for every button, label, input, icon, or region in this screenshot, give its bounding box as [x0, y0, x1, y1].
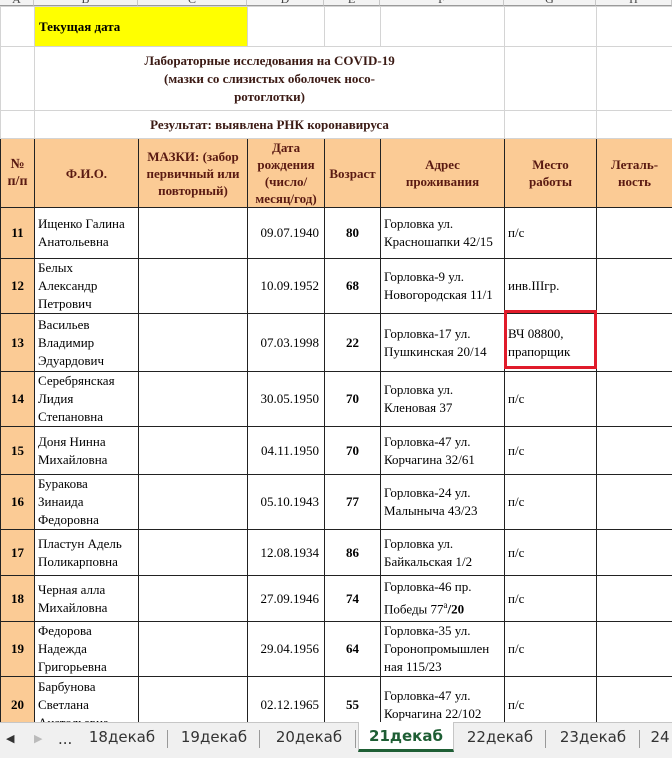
cell-line: Владимир: [38, 334, 136, 352]
table-row: 16БураковаЗинаидаФедоровна05.10.194377Го…: [1, 475, 672, 530]
birth-date[interactable]: 10.09.1952: [248, 259, 325, 314]
lethality-cell[interactable]: [597, 314, 672, 372]
cell-line: Байкальская 1/2: [384, 553, 502, 571]
workplace[interactable]: ВЧ 08800,прапорщик: [505, 314, 597, 372]
table-row: 13ВасильевВладимирЭдуардович07.03.199822…: [1, 314, 672, 372]
swab-cell[interactable]: [139, 259, 248, 314]
age[interactable]: 22: [325, 314, 381, 372]
birth-date[interactable]: 07.03.1998: [248, 314, 325, 372]
cell-line: Серебрянская: [38, 372, 136, 390]
header-text: Дата: [250, 139, 322, 156]
header-text: первичный или: [141, 165, 245, 182]
cell-line: Горловка-47 ул.: [384, 433, 502, 451]
cell-line: Победы 77а/20: [384, 596, 502, 618]
birth-date[interactable]: 04.11.1950: [248, 427, 325, 475]
cell-line: Надежда: [38, 640, 136, 658]
cell[interactable]: [597, 7, 672, 47]
table-row: 12БелыхАлександрПетрович10.09.195268Горл…: [1, 259, 672, 314]
table-row: 11Ищенко ГалинаАнатольевна09.07.194080Го…: [1, 208, 672, 259]
header-text: Место: [507, 156, 594, 173]
header-text: проживания: [383, 173, 502, 190]
cell-line: п/с: [508, 493, 594, 511]
birth-date[interactable]: 09.07.1940: [248, 208, 325, 259]
age[interactable]: 70: [325, 372, 381, 427]
row-number[interactable]: 11: [1, 208, 35, 259]
age[interactable]: 74: [325, 576, 381, 622]
cell-line: Горловка-17 ул.: [384, 325, 502, 343]
header-text: месяц/год): [250, 190, 322, 207]
cell-line: Горловка ул.: [384, 535, 502, 553]
row-number[interactable]: 20: [1, 677, 35, 723]
age[interactable]: 86: [325, 530, 381, 576]
header-swab[interactable]: МАЗКИ: (заборпервичный илиповторный): [139, 139, 248, 208]
birth-date[interactable]: 29.04.1956: [248, 622, 325, 677]
table-row: 19ФедороваНадеждаГригорьевна29.04.195664…: [1, 622, 672, 677]
cell-line: Горловка-47 ул.: [384, 687, 502, 705]
row-number[interactable]: 14: [1, 372, 35, 427]
lethality-cell[interactable]: [597, 372, 672, 427]
tab-separator: [355, 730, 356, 748]
cell-line: Пушкинская 20/14: [384, 343, 502, 361]
row-number[interactable]: 15: [1, 427, 35, 475]
patient-name[interactable]: Доня НиннаМихайловна: [35, 427, 139, 475]
workplace[interactable]: п/с: [505, 208, 597, 259]
swab-cell[interactable]: [139, 475, 248, 530]
patient-name[interactable]: СеребрянскаяЛидияСтепановна: [35, 372, 139, 427]
address[interactable]: Горловка-24 ул.Малыныча 43/23: [381, 475, 505, 530]
table-row: 15Доня НиннаМихайловна04.11.195070Горлов…: [1, 427, 672, 475]
age[interactable]: 68: [325, 259, 381, 314]
cell-line: Анатольевна: [38, 714, 136, 723]
workplace[interactable]: п/с: [505, 677, 597, 723]
address-text: Победы 77: [384, 602, 444, 617]
sheet-tab-label: 19декаб: [181, 728, 247, 746]
cell-line: Эдуардович: [38, 352, 136, 370]
cell-line: Федорова: [38, 622, 136, 640]
address[interactable]: Горловка ул.Байкальская 1/2: [381, 530, 505, 576]
cell[interactable]: [597, 47, 672, 111]
age[interactable]: 70: [325, 427, 381, 475]
sheet-tab-18декаб[interactable]: 18декаб: [76, 723, 168, 753]
lethality-cell[interactable]: [597, 427, 672, 475]
header-lethality[interactable]: Леталь-ность: [597, 139, 672, 208]
cell-line: Красношапки 42/15: [384, 233, 502, 251]
age[interactable]: 64: [325, 622, 381, 677]
table-row: 20БарбуноваСветланаАнатольевна02.12.1965…: [1, 677, 672, 723]
sheet-tab-label: 23декаб: [560, 728, 626, 746]
address[interactable]: Горловка-47 ул.Корчагина 32/61: [381, 427, 505, 475]
cell-line: Белых: [38, 259, 136, 277]
scroll-right-icon[interactable]: ▶: [34, 732, 42, 745]
header-dob[interactable]: Датарождения(число/месяц/год): [248, 139, 325, 208]
lethality-cell[interactable]: [597, 530, 672, 576]
patient-name[interactable]: ФедороваНадеждаГригорьевна: [35, 622, 139, 677]
lethality-cell[interactable]: [597, 677, 672, 723]
cell[interactable]: [505, 111, 597, 139]
title-line: Лабораторные исследования на COVID-19: [37, 52, 502, 70]
sheet-tab-label: 21декаб: [369, 727, 443, 745]
birth-date[interactable]: 05.10.1943: [248, 475, 325, 530]
cell-line: Кленовая 37: [384, 399, 502, 417]
table-row: 18Черная аллаМихайловна27.09.194674Горло…: [1, 576, 672, 622]
row-number[interactable]: 18: [1, 576, 35, 622]
lethality-cell[interactable]: [597, 576, 672, 622]
swab-cell[interactable]: [139, 530, 248, 576]
header-text: ность: [599, 173, 670, 190]
current-date-label[interactable]: Текущая дата: [35, 7, 248, 47]
cell-line: Корчагина 22/102: [384, 705, 502, 723]
table-row: 14СеребрянскаяЛидияСтепановна30.05.19507…: [1, 372, 672, 427]
cell-line: Буракова: [38, 475, 136, 493]
cell[interactable]: [381, 7, 505, 47]
more-sheets-button[interactable]: ...: [58, 730, 72, 748]
workplace[interactable]: п/с: [505, 427, 597, 475]
sheet-tab-23декаб[interactable]: 23декаб: [546, 723, 640, 753]
header-text: повторный): [141, 182, 245, 199]
sheet-tab-label: 22декаб: [467, 728, 533, 746]
cell[interactable]: [505, 7, 597, 47]
header-address[interactable]: Адреспроживания: [381, 139, 505, 208]
address-text: /20: [448, 602, 465, 617]
cell-line: п/с: [508, 442, 594, 460]
address[interactable]: Горловка-9 ул.Новогородская 11/1: [381, 259, 505, 314]
cell[interactable]: [248, 7, 325, 47]
lethality-cell[interactable]: [597, 475, 672, 530]
birth-date[interactable]: 27.09.1946: [248, 576, 325, 622]
cell-line: Горловка-46 пр.: [384, 578, 502, 596]
cell-line: Малыныча 43/23: [384, 502, 502, 520]
cell[interactable]: [505, 47, 597, 111]
result-line[interactable]: Результат: выявлена РНК коронавируса: [35, 111, 505, 139]
row-number[interactable]: 19: [1, 622, 35, 677]
cell-line: Корчагина 32/61: [384, 451, 502, 469]
cell-line: Васильев: [38, 316, 136, 334]
row-number[interactable]: 17: [1, 530, 35, 576]
title-line: ротоглотки): [37, 88, 502, 106]
header-text: (число/: [250, 173, 322, 190]
cell-line: Анатольевна: [38, 233, 136, 251]
lethality-cell[interactable]: [597, 259, 672, 314]
workplace[interactable]: п/с: [505, 530, 597, 576]
patient-name[interactable]: БелыхАлександрПетрович: [35, 259, 139, 314]
header-work[interactable]: Местоработы: [505, 139, 597, 208]
header-text: №: [3, 156, 32, 173]
sheet-tab-label: 18декаб: [89, 728, 155, 746]
row-number[interactable]: 16: [1, 475, 35, 530]
workplace[interactable]: п/с: [505, 372, 597, 427]
patient-name[interactable]: ВасильевВладимирЭдуардович: [35, 314, 139, 372]
cell-line: Горловка ул.: [384, 381, 502, 399]
swab-cell[interactable]: [139, 576, 248, 622]
cell-line: п/с: [508, 640, 594, 658]
swab-cell[interactable]: [139, 677, 248, 723]
workplace[interactable]: п/с: [505, 622, 597, 677]
title-line: (мазки со слизистых оболочек носо-: [37, 70, 502, 88]
header-text: Адрес: [383, 156, 502, 173]
sheet-tab-label: 20декаб: [276, 728, 342, 746]
sheet-tab-20декаб[interactable]: 20декаб: [262, 723, 356, 753]
cell-line: Степановна: [38, 408, 136, 426]
header-text: работы: [507, 173, 594, 190]
cell-line: Александр: [38, 277, 136, 295]
age[interactable]: 55: [325, 677, 381, 723]
cell[interactable]: [1, 47, 35, 111]
sheet-tab-24[interactable]: 24: [640, 723, 672, 753]
address[interactable]: Горловка ул.Красношапки 42/15: [381, 208, 505, 259]
patient-name[interactable]: БарбуноваСветланаАнатольевна: [35, 677, 139, 723]
address[interactable]: Горловка-17 ул.Пушкинская 20/14: [381, 314, 505, 372]
cell-line: Лидия: [38, 390, 136, 408]
table-row: 17Пластун АдельПоликарповна12.08.193486Г…: [1, 530, 672, 576]
sheet-tab-22декаб[interactable]: 22декаб: [454, 723, 546, 753]
cell-line: ная 115/23: [384, 658, 502, 676]
address[interactable]: Горловка ул.Кленовая 37: [381, 372, 505, 427]
cell-line: п/с: [508, 696, 594, 714]
workplace[interactable]: п/с: [505, 576, 597, 622]
cell-line: Горловка-35 ул.: [384, 622, 502, 640]
age[interactable]: 80: [325, 208, 381, 259]
address[interactable]: Горловка-46 пр.Победы 77а/20: [381, 576, 505, 622]
cell[interactable]: [325, 7, 381, 47]
row-number[interactable]: 12: [1, 259, 35, 314]
cell-line: Михайловна: [38, 451, 136, 469]
sheet-tab-21декаб[interactable]: 21декаб: [358, 722, 454, 752]
cell-line: п/с: [508, 224, 594, 242]
age[interactable]: 77: [325, 475, 381, 530]
address[interactable]: Горловка-47 ул.Корчагина 22/102: [381, 677, 505, 723]
cell-line: п/с: [508, 590, 594, 608]
cell-line: Поликарповна: [38, 553, 136, 571]
cell-line: Ищенко Галина: [38, 215, 136, 233]
cell-line: Барбунова: [38, 678, 136, 696]
cell-line: Новогородская 11/1: [384, 286, 502, 304]
cell-line: Пластун Адель: [38, 535, 136, 553]
header-age[interactable]: Возраст: [325, 139, 381, 208]
birth-date[interactable]: 12.08.1934: [248, 530, 325, 576]
cell[interactable]: [1, 7, 35, 47]
spreadsheet-grid: A B C D E F G H Текущая дата Лабораторны…: [0, 0, 672, 722]
patient-name[interactable]: БураковаЗинаидаФедоровна: [35, 475, 139, 530]
swab-cell[interactable]: [139, 622, 248, 677]
lethality-cell[interactable]: [597, 622, 672, 677]
cell[interactable]: [597, 111, 672, 139]
patient-name[interactable]: Черная аллаМихайловна: [35, 576, 139, 622]
sheet-tab-bar: ◀ ▶ ... 18декаб19декаб20декаб21декаб22де…: [0, 722, 672, 758]
cell-line: Черная алла: [38, 581, 136, 599]
sheet-tab-19декаб[interactable]: 19декаб: [168, 723, 260, 753]
cell-line: Михайловна: [38, 599, 136, 617]
covid-results-table: Текущая дата Лабораторные исследования н…: [0, 6, 672, 722]
workplace[interactable]: п/с: [505, 475, 597, 530]
cell-line: Светлана: [38, 696, 136, 714]
cell-line: п/с: [508, 544, 594, 562]
header-text: п/п: [3, 173, 32, 190]
sheet-tab-label: 24: [650, 728, 669, 746]
cell-line: Горловка ул.: [384, 215, 502, 233]
cell-line: инв.IIIгр.: [508, 277, 594, 295]
header-text: рождения: [250, 156, 322, 173]
cell-line: Горловка-24 ул.: [384, 484, 502, 502]
header-num[interactable]: №п/п: [1, 139, 35, 208]
lethality-cell[interactable]: [597, 208, 672, 259]
cell-line: Петрович: [38, 295, 136, 313]
cell-line: Григорьевна: [38, 658, 136, 676]
cell-line: прапорщик: [508, 343, 594, 361]
cell-line: Зинаида: [38, 493, 136, 511]
scroll-left-icon[interactable]: ◀: [6, 732, 14, 745]
tab-separator: [259, 730, 260, 748]
header-text: Леталь-: [599, 156, 670, 173]
address[interactable]: Горловка-35 ул.Горонопромышленная 115/23: [381, 622, 505, 677]
swab-cell[interactable]: [139, 427, 248, 475]
birth-date[interactable]: 02.12.1965: [248, 677, 325, 723]
cell-line: Доня Нинна: [38, 433, 136, 451]
cell-line: Горловка-9 ул.: [384, 268, 502, 286]
cell-line: Федоровна: [38, 511, 136, 529]
cell[interactable]: [1, 111, 35, 139]
cell-line: ВЧ 08800,: [508, 325, 594, 343]
patient-name[interactable]: Ищенко ГалинаАнатольевна: [35, 208, 139, 259]
row-number[interactable]: 13: [1, 314, 35, 372]
cell-line: п/с: [508, 390, 594, 408]
birth-date[interactable]: 30.05.1950: [248, 372, 325, 427]
table-header-row: №п/п Ф.И.О. МАЗКИ: (заборпервичный илипо…: [1, 139, 672, 208]
header-fio[interactable]: Ф.И.О.: [35, 139, 139, 208]
swab-cell[interactable]: [139, 314, 248, 372]
header-text: МАЗКИ: (забор: [141, 148, 245, 165]
workplace[interactable]: инв.IIIгр.: [505, 259, 597, 314]
swab-cell[interactable]: [139, 208, 248, 259]
patient-name[interactable]: Пластун АдельПоликарповна: [35, 530, 139, 576]
cell-line: Горонопромышлен: [384, 640, 502, 658]
report-title[interactable]: Лабораторные исследования на COVID-19 (м…: [35, 47, 505, 111]
swab-cell[interactable]: [139, 372, 248, 427]
